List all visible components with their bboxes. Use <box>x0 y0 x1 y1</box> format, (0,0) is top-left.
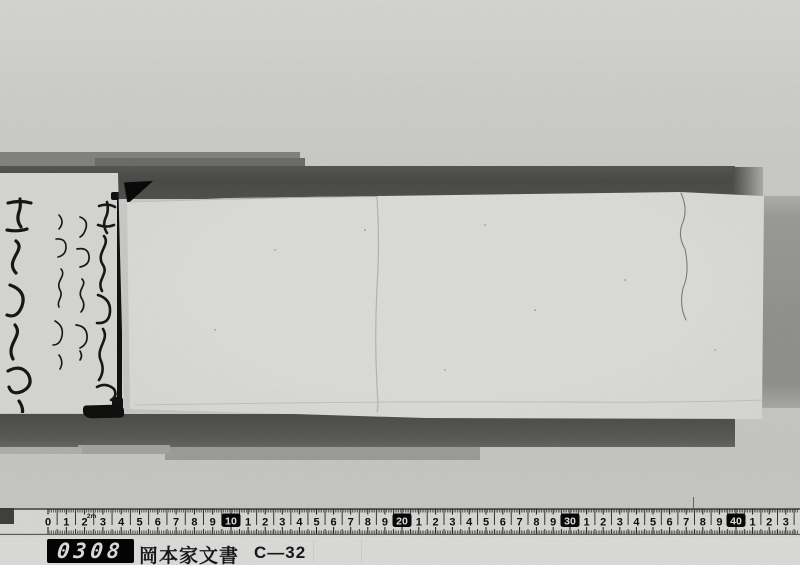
calligraphy-strip <box>0 173 124 413</box>
svg-text:8: 8 <box>533 517 539 529</box>
top-edge-line <box>127 199 229 202</box>
bottom-shadow-midtone <box>0 447 82 454</box>
bottom-shadow-midtone <box>165 447 480 460</box>
tear-line <box>680 193 687 320</box>
svg-text:3: 3 <box>783 517 789 529</box>
svg-text:3: 3 <box>449 517 455 529</box>
svg-text:1: 1 <box>750 517 756 529</box>
paper-speckles <box>214 224 715 371</box>
svg-text:3: 3 <box>279 517 285 529</box>
manuscript-column-2 <box>76 217 89 360</box>
right-backing-band <box>761 196 800 408</box>
faint-separator-line <box>361 540 362 562</box>
manuscript-column-1 <box>97 202 115 400</box>
svg-text:4: 4 <box>296 517 303 529</box>
svg-text:8: 8 <box>191 517 197 529</box>
svg-text:3: 3 <box>617 517 623 529</box>
svg-text:7: 7 <box>348 517 354 529</box>
top-shadow-band-taper <box>733 167 763 199</box>
svg-text:5: 5 <box>650 517 656 529</box>
frame-counter-digits: 0308 <box>56 541 125 562</box>
svg-text:3: 3 <box>100 517 106 529</box>
svg-text:1: 1 <box>63 517 69 529</box>
svg-text:8: 8 <box>365 517 371 529</box>
svg-text:2m: 2m <box>87 513 97 520</box>
frame-counter-display: 0308 <box>47 539 134 563</box>
item-number: C—32 <box>254 543 306 563</box>
svg-text:40: 40 <box>730 516 742 528</box>
svg-text:5: 5 <box>483 517 489 529</box>
manuscript-column-4 <box>7 199 31 413</box>
svg-text:4: 4 <box>118 517 125 529</box>
svg-text:2: 2 <box>766 517 772 529</box>
svg-text:10: 10 <box>225 516 237 528</box>
manuscript-ink-svg <box>0 173 124 413</box>
vertical-crease <box>376 197 379 412</box>
scanned-archive-page: 0123456789101234567892012345678930123456… <box>0 0 800 565</box>
svg-text:20: 20 <box>396 516 408 528</box>
svg-text:9: 9 <box>716 517 722 529</box>
faint-separator-line <box>313 540 314 562</box>
svg-text:1: 1 <box>245 517 251 529</box>
collection-title: 岡本家文書 <box>139 541 239 565</box>
bottom-shadow-band <box>0 414 735 447</box>
svg-text:9: 9 <box>382 517 388 529</box>
svg-text:1: 1 <box>584 517 590 529</box>
document-sheet <box>125 190 765 422</box>
svg-text:4: 4 <box>633 517 640 529</box>
svg-text:6: 6 <box>500 517 506 529</box>
bottom-shadow-midtone <box>78 445 170 454</box>
svg-text:1: 1 <box>416 517 422 529</box>
svg-text:5: 5 <box>313 517 319 529</box>
svg-text:7: 7 <box>517 517 523 529</box>
svg-text:7: 7 <box>683 517 689 529</box>
manuscript-column-3 <box>53 215 66 369</box>
bottom-crease <box>135 400 765 405</box>
svg-text:9: 9 <box>210 517 216 529</box>
svg-text:4: 4 <box>466 517 473 529</box>
svg-text:0: 0 <box>45 517 51 529</box>
measuring-tape-scale: 0123456789101234567892012345678930123456… <box>0 508 800 537</box>
svg-text:5: 5 <box>136 517 142 529</box>
svg-text:2: 2 <box>262 517 268 529</box>
svg-text:6: 6 <box>331 517 337 529</box>
svg-text:6: 6 <box>155 517 161 529</box>
svg-text:2: 2 <box>433 517 439 529</box>
svg-text:8: 8 <box>700 517 706 529</box>
svg-text:30: 30 <box>564 516 576 528</box>
svg-text:9: 9 <box>550 517 556 529</box>
svg-text:2: 2 <box>600 517 606 529</box>
svg-text:6: 6 <box>667 517 673 529</box>
ink-blob-artifact <box>83 404 124 418</box>
svg-text:7: 7 <box>173 517 179 529</box>
document-detail-svg <box>125 190 765 422</box>
